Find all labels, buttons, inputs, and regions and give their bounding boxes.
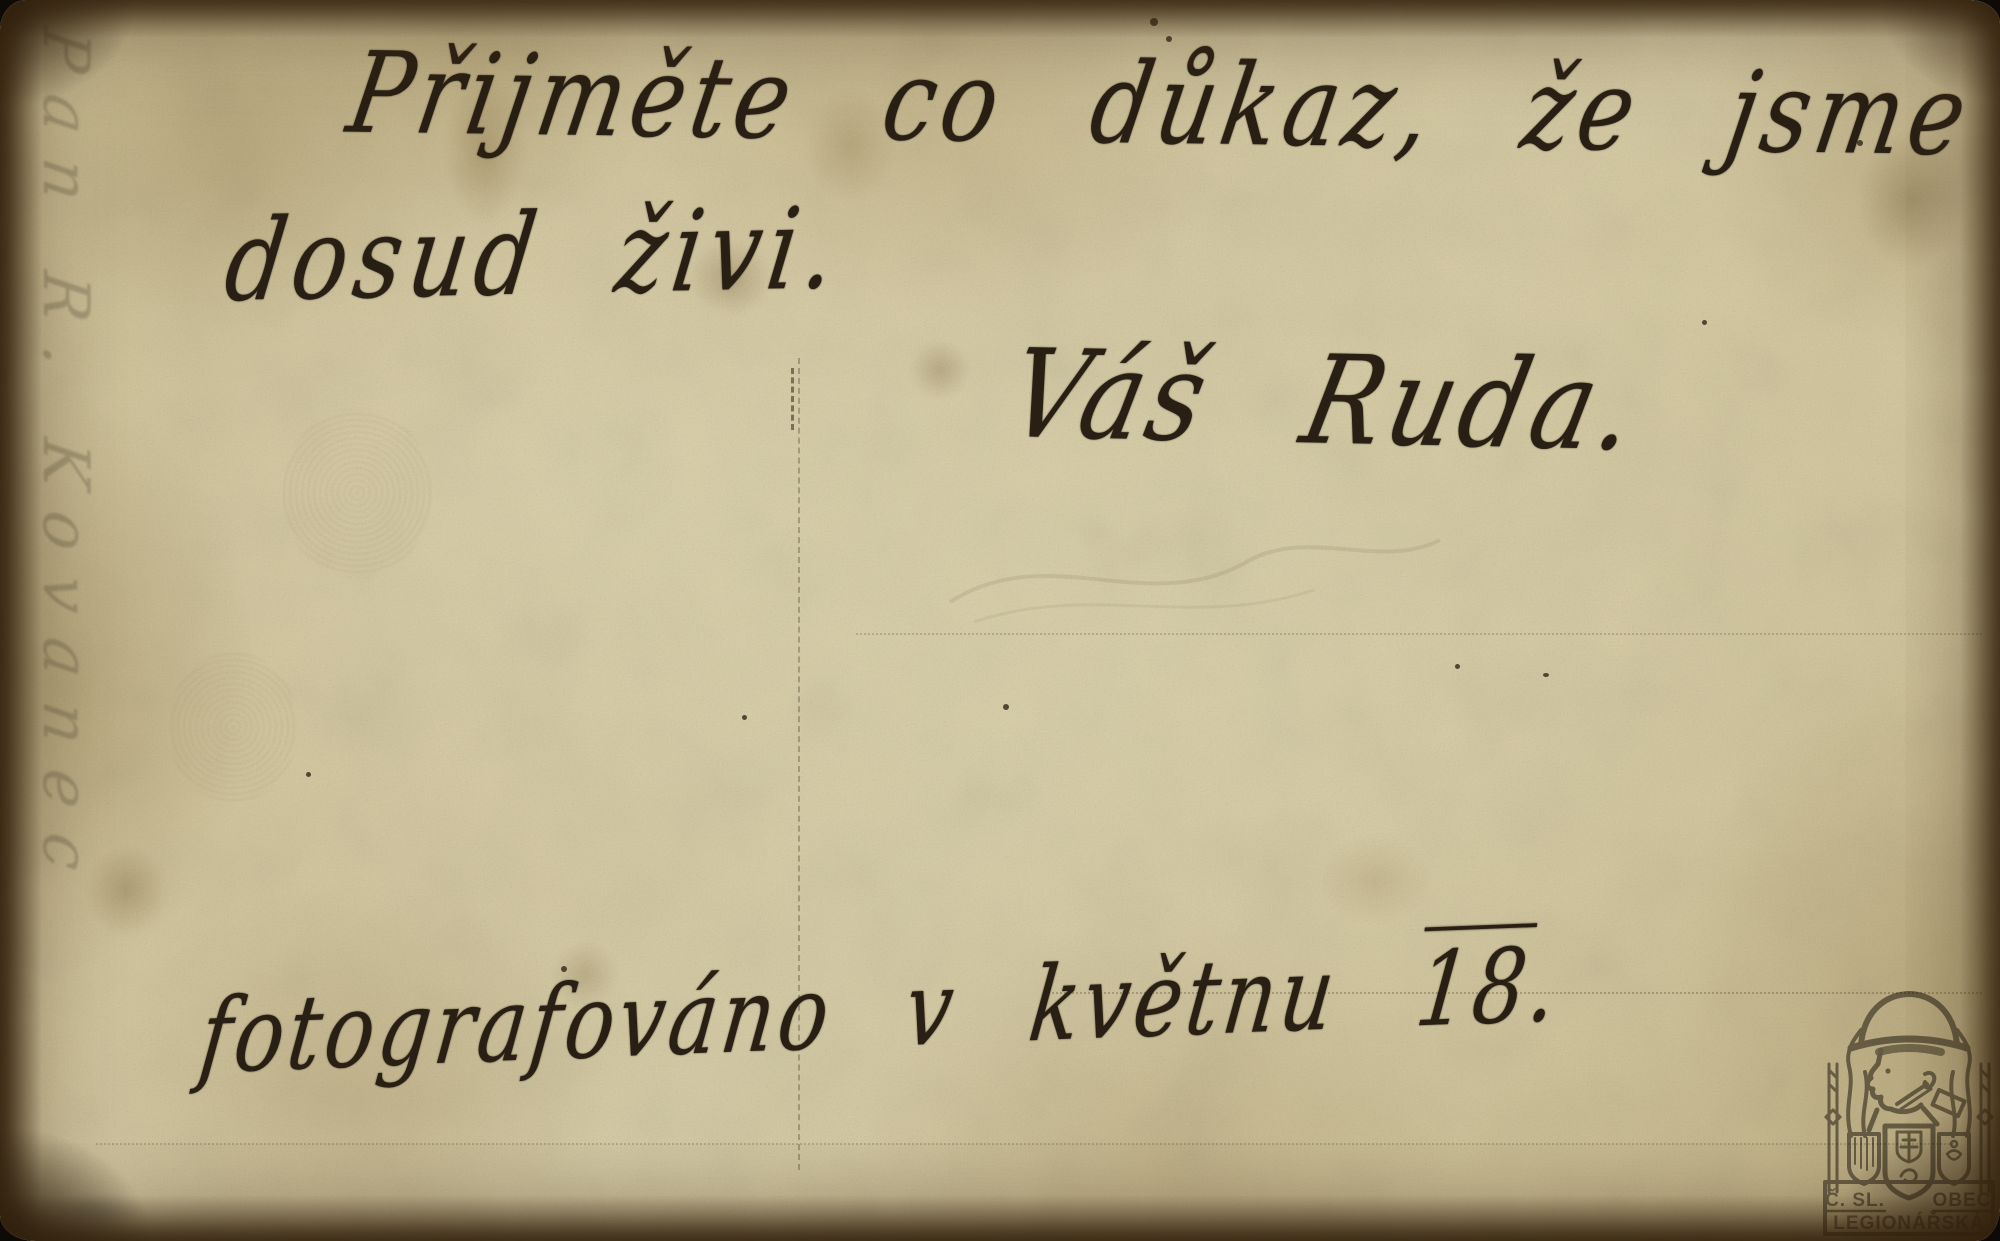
- stamp-text-csl: Č. SL.: [1825, 1189, 1885, 1211]
- printer-microtext-mark: [791, 368, 794, 430]
- dotted-address-line: [96, 1143, 1954, 1145]
- fingerprint-smudge: [168, 652, 298, 802]
- ink-speck: [1003, 704, 1009, 710]
- ink-speck: [1455, 664, 1460, 669]
- postcard-photo-scan: { "postcard": { "message": { "line1": "P…: [0, 0, 2000, 1241]
- postcard-back: Přijměte co důkaz, že jsme dosud živi. V…: [0, 0, 2000, 1241]
- legionnaire-stamp: Č. SL. OBEC LEGIONÁŘSKÁ: [1821, 986, 1997, 1236]
- stain: [1300, 820, 1450, 940]
- caption-year: 18: [1410, 927, 1536, 1051]
- ink-speck: [1543, 673, 1549, 677]
- stamp-text-obec: OBEC: [1933, 1190, 1992, 1211]
- ink-speck: [1702, 320, 1707, 325]
- stain: [900, 330, 980, 410]
- fingerprint-smudge: [282, 408, 432, 578]
- signature-line: Váš Ruda.: [997, 322, 1654, 478]
- erased-pencil-scribble: [930, 498, 1470, 648]
- soldier-helmet-icon: [1851, 994, 1967, 1130]
- ash-smudge: [36, 1188, 156, 1234]
- ink-speck: [1150, 18, 1158, 26]
- message-line-1: Přijměte co důkaz, že jsme: [340, 28, 1982, 181]
- ink-speck: [742, 715, 747, 720]
- left-edge-address: Pan R. Kovanec: [28, 24, 102, 901]
- stamp-text-legionarska: LEGIONÁŘSKÁ: [1833, 1212, 1984, 1234]
- caption-line: fotografováno v květnu 18.: [194, 926, 1567, 1098]
- ink-speck: [306, 772, 311, 777]
- caption-text: fotografováno v květnu: [194, 934, 1345, 1097]
- message-line-2: dosud živi.: [218, 183, 850, 327]
- coat-of-arms-shields: [1849, 1126, 1969, 1198]
